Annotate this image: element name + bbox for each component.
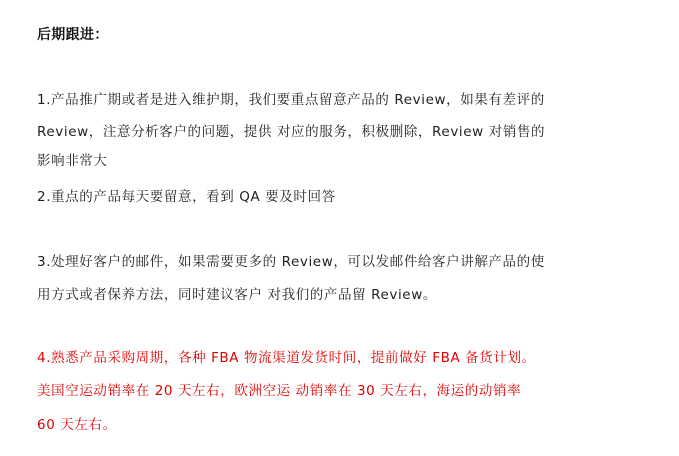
paragraph-3-line-2: 用方式或者保养方法，同时建议客户 对我们的产品留 Review。 — [37, 286, 437, 304]
paragraph-1-line-1: 1.产品推广期或者是进入维护期，我们要重点留意产品的 Review，如果有差评的 — [37, 91, 545, 109]
paragraph-4-line-1: 4.熟悉产品采购周期，各种 FBA 物流渠道发货时间，提前做好 FBA 备货计划… — [37, 349, 536, 367]
paragraph-1-line-3: 影响非常大 — [37, 152, 108, 170]
paragraph-4-line-2: 美国空运动销率在 20 天左右，欧洲空运 动销率在 30 天左右，海运的动销率 — [37, 382, 521, 400]
paragraph-3-line-1: 3.处理好客户的邮件，如果需要更多的 Review，可以发邮件给客户讲解产品的使 — [37, 253, 545, 271]
paragraph-2-line-1: 2.重点的产品每天要留意，看到 QA 要及时回答 — [37, 188, 336, 206]
section-heading: 后期跟进： — [37, 26, 109, 44]
paragraph-4-line-3: 60 天左右。 — [37, 416, 117, 434]
paragraph-1-line-2: Review，注意分析客户的问题，提供 对应的服务，积极删除，Review 对销… — [37, 123, 545, 141]
